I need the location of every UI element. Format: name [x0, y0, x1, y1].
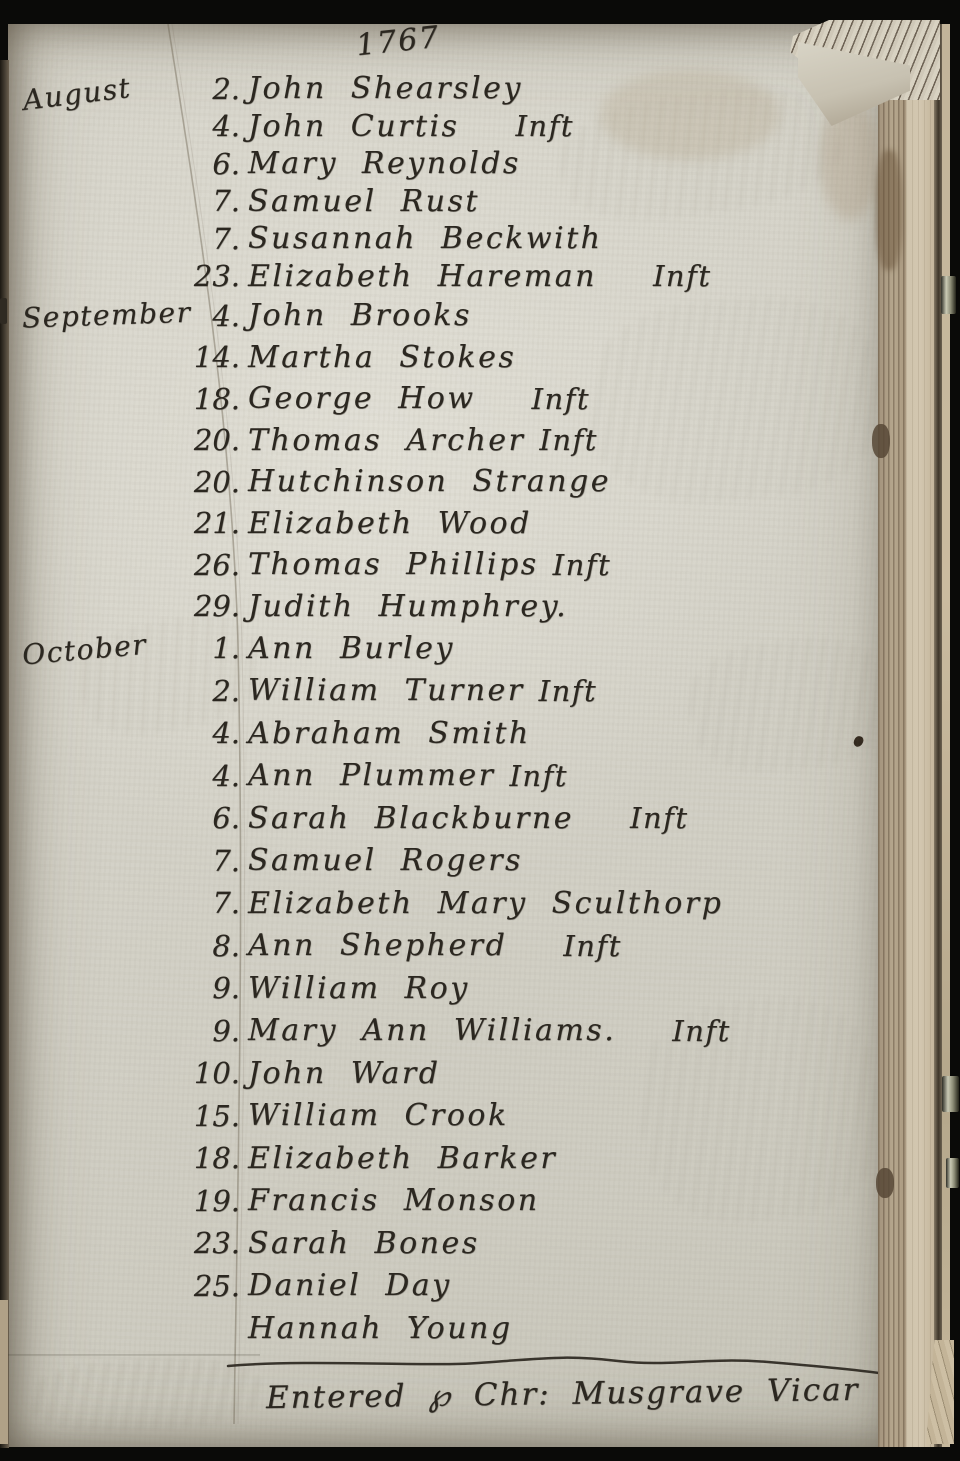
month-label — [12, 811, 181, 826]
register-entry-row: 14. Martha Stokes — [12, 337, 868, 379]
entry-name: Hutchinson Strange — [248, 464, 611, 499]
register-entry-row: August 2. John Shearsley — [12, 70, 868, 108]
month-label — [12, 562, 182, 568]
entry-name: John Ward — [248, 1056, 440, 1091]
month-label — [12, 768, 181, 783]
entry-name: Elizabeth Barker — [248, 1141, 557, 1176]
entry-name: Elizabeth Wood — [248, 506, 532, 541]
book-clasp — [941, 276, 956, 314]
register-page: 1767 August 2. John Shearsley 4. John Cu… — [8, 24, 878, 1447]
entry-day: 15. — [182, 1099, 240, 1133]
register-entry-row: 19. Francis Monson — [12, 1180, 868, 1223]
entry-day: 9. — [182, 1014, 240, 1048]
register-entry-row: 7. Samuel Rogers — [12, 840, 868, 883]
month-label — [13, 231, 182, 252]
register-entry-row: 9. William Roy — [12, 967, 868, 1010]
month-label — [12, 437, 182, 443]
entry-day: 4. — [182, 716, 240, 750]
entry-name: Sarah Bones — [248, 1226, 480, 1261]
register-entry-row: 7. Elizabeth Mary Sculthorp — [12, 882, 868, 925]
month-label: October — [11, 624, 183, 672]
month-label — [12, 683, 181, 698]
entry-name: Elizabeth Mary Sculthorp — [248, 886, 723, 921]
month-label — [13, 269, 182, 290]
register-entry-row: 20. Thomas Archer Inft — [12, 420, 868, 462]
month-label — [12, 981, 181, 996]
month-label: September — [11, 296, 182, 335]
left-page-edge-lower — [0, 1300, 8, 1444]
entries-list: August 2. John Shearsley 4. John Curtis … — [12, 70, 868, 1350]
register-entry-row: September 4. John Brooks — [12, 295, 868, 337]
register-entry-row: 6. Sarah Blackburne Inft — [12, 797, 868, 840]
entry-name: Samuel Rogers — [248, 843, 523, 878]
register-entry-row: 18. Elizabeth Barker — [12, 1137, 868, 1180]
entry-name: John Shearsley — [248, 71, 523, 106]
month-label — [12, 1278, 181, 1293]
register-entry-row: 4. John Curtis Inft — [12, 108, 868, 146]
month-label — [13, 194, 182, 215]
infant-annotation: Inft — [509, 759, 568, 793]
entry-name: John Brooks — [248, 298, 472, 333]
register-entry-row: 8. Ann Shepherd Inft — [12, 925, 868, 968]
entry-name: Hannah Young — [248, 1311, 513, 1346]
entry-day: 7. — [182, 886, 240, 920]
entry-day: 25. — [182, 1269, 240, 1303]
infant-annotation: Inft — [672, 1014, 731, 1048]
register-entry-row: 26. Thomas Phillips Inft — [12, 544, 868, 586]
entry-day: 6. — [182, 801, 240, 835]
register-entry-row: 20. Hutchinson Strange — [12, 461, 868, 503]
entry-name: Elizabeth Hareman — [248, 259, 597, 294]
register-entry-row: 4. Abraham Smith — [12, 712, 868, 755]
entry-day: 21. — [182, 506, 240, 540]
entry-day: 4. — [182, 759, 240, 793]
month-label — [12, 896, 181, 911]
register-entry-row: 29. Judith Humphrey. — [12, 586, 868, 628]
register-entry-row: October 1. Ann Burley — [12, 627, 868, 670]
register-entry-row: 9. Mary Ann Williams. Inft — [12, 1010, 868, 1053]
register-content: 1767 August 2. John Shearsley 4. John Cu… — [8, 24, 878, 1447]
book-clasp — [942, 1076, 959, 1112]
entry-name: George How — [248, 381, 476, 416]
infant-annotation: Inft — [563, 929, 622, 963]
entry-day: 4. — [182, 109, 240, 143]
entry-day: 6. — [182, 147, 240, 181]
month-label — [12, 1236, 181, 1251]
register-entry-row: 15. William Crook — [12, 1095, 868, 1138]
entry-day: 2. — [182, 72, 240, 106]
entry-day: 26. — [182, 548, 240, 582]
infant-annotation: Inft — [553, 548, 612, 582]
entry-name: Daniel Day — [248, 1268, 452, 1303]
entry-name: Sarah Blackburne — [248, 801, 574, 836]
entry-day: 14. — [182, 340, 240, 374]
entry-day: 18. — [182, 1141, 240, 1175]
register-entry-row: 7. Susannah Beckwith — [12, 220, 868, 258]
month-label — [12, 1321, 181, 1336]
entry-day: 2. — [182, 674, 240, 708]
entry-name: Ann Shepherd — [248, 928, 507, 963]
register-scan: 1767 August 2. John Shearsley 4. John Cu… — [0, 0, 960, 1461]
book-edge-shadow-line — [934, 24, 942, 1447]
entry-name: John Curtis — [248, 109, 459, 144]
entry-name: Thomas Phillips — [248, 547, 539, 582]
entry-name: William Turner — [248, 673, 525, 708]
entry-name: William Roy — [248, 971, 470, 1006]
infant-annotation: Inft — [539, 674, 598, 708]
month-label — [12, 479, 182, 485]
entry-name: William Crook — [248, 1098, 509, 1133]
month-label — [12, 1193, 181, 1208]
entry-day: 9. — [182, 971, 240, 1005]
month-label — [12, 1066, 181, 1081]
entry-name: Mary Ann Williams. — [248, 1013, 616, 1048]
month-label — [12, 520, 182, 526]
entry-name: Judith Humphrey. — [248, 589, 568, 624]
register-entry-row: 21. Elizabeth Wood — [12, 503, 868, 545]
register-entry-row: 23. Sarah Bones — [12, 1222, 868, 1265]
register-entry-row: 25. Daniel Day — [12, 1265, 868, 1308]
edge-blotch — [876, 1168, 894, 1198]
month-label — [13, 156, 182, 177]
infant-annotation: Inft — [532, 382, 591, 416]
entry-day: 7. — [182, 184, 240, 218]
edge-stain — [876, 150, 902, 270]
entry-day: 7. — [182, 222, 240, 256]
month-label — [13, 119, 182, 140]
book-page-edges-light — [906, 24, 934, 1447]
infant-annotation: Inft — [630, 801, 689, 835]
entry-name: Abraham Smith — [248, 716, 531, 751]
infant-annotation: Inft — [539, 423, 598, 457]
left-margin-ink-mark — [0, 298, 7, 324]
entry-day: 29. — [182, 589, 240, 623]
entry-day: 18. — [182, 382, 240, 416]
register-entry-row: 2. William Turner Inft — [12, 670, 868, 713]
month-label — [12, 396, 182, 402]
entry-day: 8. — [182, 929, 240, 963]
entry-day: 10. — [182, 1056, 240, 1090]
register-entry-row: 6. Mary Reynolds — [12, 145, 868, 183]
book-clasp — [946, 1158, 959, 1188]
month-label — [12, 938, 181, 953]
register-entry-row: 7. Samuel Rust — [12, 183, 868, 221]
entry-day: 20. — [182, 423, 240, 457]
entry-day: 7. — [182, 844, 240, 878]
register-entry-row: 18. George How Inft — [12, 378, 868, 420]
entry-day: 20. — [182, 465, 240, 499]
entry-day: 1. — [182, 631, 240, 665]
register-entry-row: Hannah Young — [12, 1307, 868, 1350]
month-label — [12, 1023, 181, 1038]
entry-day: 23. — [182, 1226, 240, 1260]
entry-name: Francis Monson — [248, 1183, 540, 1218]
entry-name: Samuel Rust — [248, 184, 480, 219]
entry-day: 19. — [182, 1184, 240, 1218]
month-label — [12, 603, 182, 609]
entry-name: Susannah Beckwith — [248, 221, 602, 256]
entry-name: Mary Reynolds — [248, 146, 521, 181]
month-label — [12, 853, 181, 868]
register-entry-row: 23. Elizabeth Hareman Inft — [12, 258, 868, 296]
entry-name: Ann Plummer — [248, 758, 495, 793]
infant-annotation: Inft — [515, 109, 574, 143]
entry-name: Thomas Archer — [248, 423, 525, 458]
month-label — [12, 1108, 181, 1123]
month-label — [12, 726, 181, 741]
vicar-attestation: Entered ℘ Chr: Musgrave Vicar — [266, 1372, 860, 1416]
register-entry-row: 4. Ann Plummer Inft — [12, 755, 868, 798]
entry-day: 23. — [182, 259, 240, 293]
infant-annotation: Inft — [653, 259, 712, 293]
book-outer-edge — [942, 24, 950, 1447]
year-heading: 1767 — [354, 20, 442, 64]
month-label — [12, 354, 182, 360]
month-label — [12, 1151, 181, 1166]
entry-name: Ann Burley — [248, 631, 455, 666]
entry-name: Martha Stokes — [248, 340, 516, 375]
register-entry-row: 10. John Ward — [12, 1052, 868, 1095]
